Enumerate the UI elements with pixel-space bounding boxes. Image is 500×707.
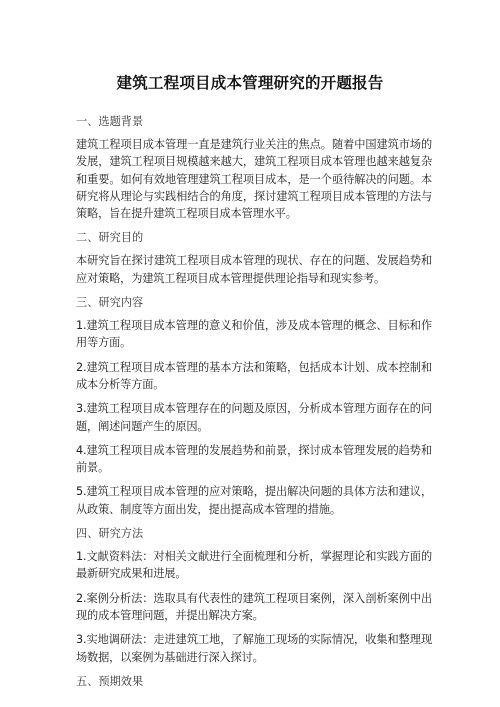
paragraph: 建筑工程项目成本管理一直是建筑行业关注的焦点。随着中国建筑市场的发展，建筑工程项… [76, 136, 432, 222]
list-item: 1.文献资料法：对相关文献进行全面梳理和分析，掌握理论和实践方面的最新研究成果和… [76, 548, 432, 583]
section-expected-results: 五、预期效果 [76, 673, 432, 690]
section-purpose: 二、研究目的 本研究旨在探讨建筑工程项目成本管理的现状、存在的问题、发展趋势和应… [76, 229, 432, 287]
section-heading: 四、研究方法 [76, 525, 432, 542]
section-heading: 三、研究内容 [76, 294, 432, 311]
section-content: 三、研究内容 1.建筑工程项目成本管理的意义和价值，涉及成本管理的概念、目标和作… [76, 294, 432, 518]
list-item: 3.建筑工程项目成本管理存在的问题及原因，分析成本管理方面存在的问题，阐述问题产… [76, 400, 432, 435]
paragraph: 本研究旨在探讨建筑工程项目成本管理的现状、存在的问题、发展趋势和应对策略，为建筑… [76, 252, 432, 287]
document-title: 建筑工程项目成本管理研究的开题报告 [0, 71, 500, 93]
list-item: 2.案例分析法：选取具有代表性的建筑工程项目案例，深入剖析案例中出现的成本管理问… [76, 590, 432, 625]
document-content: 一、选题背景 建筑工程项目成本管理一直是建筑行业关注的焦点。随着中国建筑市场的发… [76, 113, 432, 696]
list-item: 1.建筑工程项目成本管理的意义和价值，涉及成本管理的概念、目标和作用等方面。 [76, 317, 432, 352]
section-heading: 一、选题背景 [76, 113, 432, 130]
list-item: 2.建筑工程项目成本管理的基本方法和策略，包括成本计划、成本控制和成本分析等方面… [76, 359, 432, 394]
list-item: 5.建筑工程项目成本管理的应对策略，提出解决问题的具体方法和建议，从政策、制度等… [76, 483, 432, 518]
list-item: 3.实地调研法：走进建筑工地，了解施工现场的实际情况，收集和整理现场数据，以案例… [76, 631, 432, 666]
list-item: 4.建筑工程项目成本管理的发展趋势和前景，探讨成本管理发展的趋势和前景。 [76, 442, 432, 477]
section-heading: 二、研究目的 [76, 229, 432, 246]
section-methods: 四、研究方法 1.文献资料法：对相关文献进行全面梳理和分析，掌握理论和实践方面的… [76, 525, 432, 666]
section-heading: 五、预期效果 [76, 673, 432, 690]
section-background: 一、选题背景 建筑工程项目成本管理一直是建筑行业关注的焦点。随着中国建筑市场的发… [76, 113, 432, 222]
